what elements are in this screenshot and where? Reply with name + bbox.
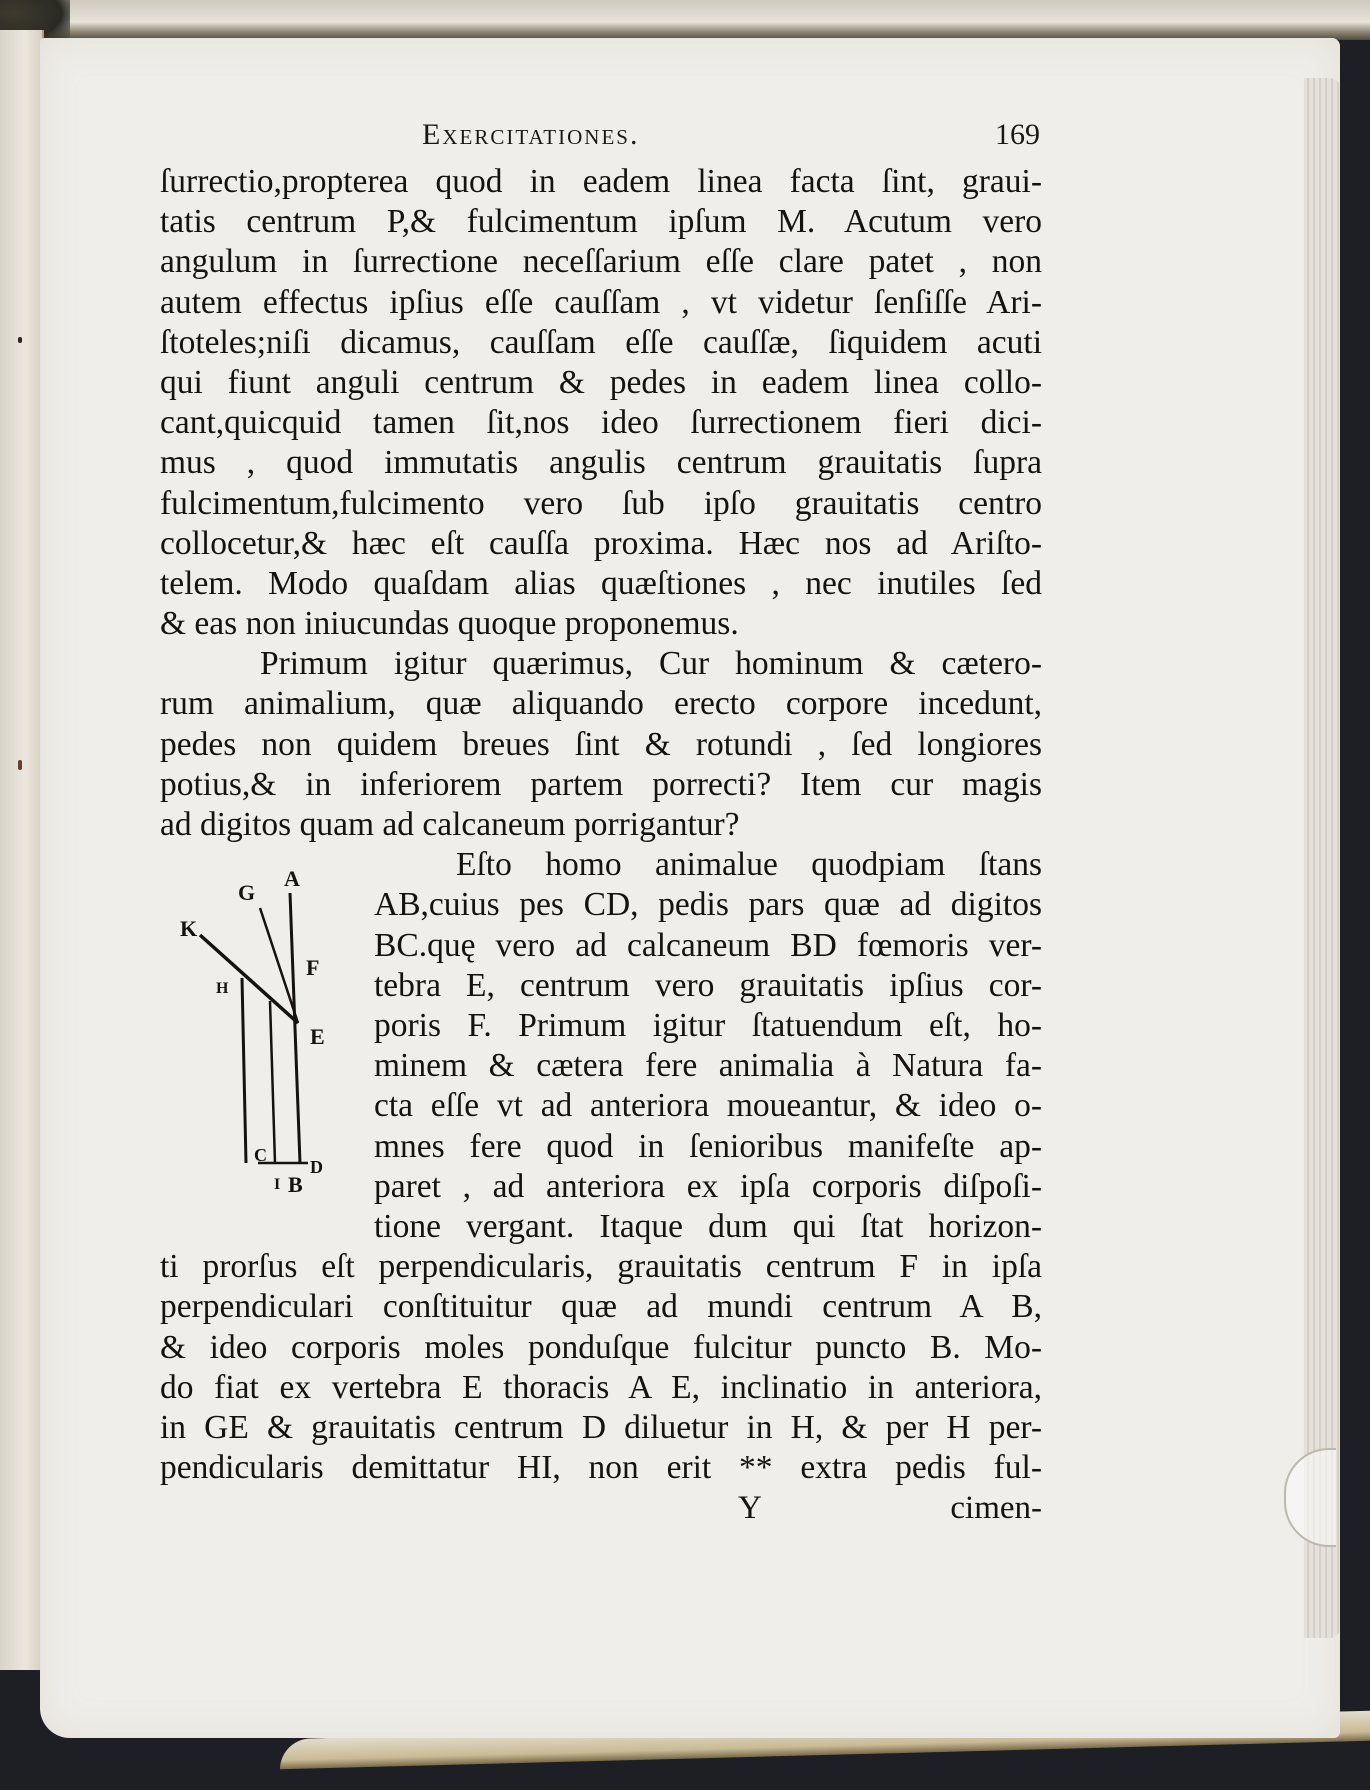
text-line: cant,quicquid tamen ſit,nos ideo ſurrect… bbox=[160, 403, 1042, 443]
label-h: H bbox=[216, 969, 228, 1009]
label-e: E bbox=[310, 1017, 325, 1057]
text-line: ſtoteles;niſi dicamus, cauſſam eſſe cauſ… bbox=[160, 323, 1042, 363]
text-line: perpendiculari conſtituitur quæ ad mundi… bbox=[160, 1287, 1042, 1327]
text-line: do fiat ex vertebra E thoracis A E, incl… bbox=[160, 1368, 1042, 1408]
label-k: K bbox=[180, 909, 197, 949]
label-g: G bbox=[238, 873, 255, 913]
margin-mark bbox=[18, 337, 22, 343]
text-line: mus , quod immutatis angulis centrum gra… bbox=[160, 443, 1042, 483]
body-text: ſurrectio,propterea quod in eadem linea … bbox=[160, 162, 1042, 1529]
text-line: fulcimentum,fulcimento vero ſub ipſo gra… bbox=[160, 484, 1042, 524]
text-line: & ideo corporis moles ponduſque fulcitur… bbox=[160, 1328, 1042, 1368]
text-line: mnes fere quod in ſenioribus manifeſte a… bbox=[374, 1127, 1042, 1167]
text-line: AB,cuius pes CD, pedis pars quæ ad digit… bbox=[374, 885, 1042, 925]
label-b: B bbox=[288, 1165, 303, 1205]
text-line: collocetur,& hæc eſt cauſſa proxima. Hæc… bbox=[160, 524, 1042, 564]
page-footer: Y cimen- bbox=[160, 1488, 1042, 1528]
text-line: poris F. Primum igitur ſtatuendum eſt, h… bbox=[374, 1006, 1042, 1046]
text-line: telem. Modo quaſdam alias quæſtiones , n… bbox=[160, 564, 1042, 604]
running-title: Exercitationes. bbox=[422, 118, 639, 152]
text-line: qui fiunt anguli centrum & pedes in eade… bbox=[160, 363, 1042, 403]
text-line: in GE & grauitatis centrum D diluetur in… bbox=[160, 1408, 1042, 1448]
figure-block: A G K F H E C D I B Eſto homo animalue q… bbox=[160, 845, 1042, 1247]
margin-stain bbox=[18, 760, 22, 770]
paragraph-start-line: Primum igitur quærimus, Cur hominum & cæ… bbox=[160, 644, 1042, 684]
text-line: ad digitos quam ad calcaneum porrigantur… bbox=[160, 805, 1042, 845]
catchword: cimen- bbox=[950, 1488, 1042, 1528]
book-binding-top bbox=[0, 0, 1370, 40]
text-line: tebra E, centrum vero grauitatis ipſius … bbox=[374, 966, 1042, 1006]
text-line: angulum in ſurrectione neceſſarium eſſe … bbox=[160, 242, 1042, 282]
fore-edge bbox=[1304, 78, 1340, 1638]
paragraph-start-line: Eſto homo animalue quodpiam ſtans bbox=[374, 845, 1042, 885]
text-line: BC.quę vero ad calcaneum BD fœmoris ver- bbox=[374, 926, 1042, 966]
label-c: C bbox=[254, 1135, 267, 1175]
running-head: Exercitationes. 169 bbox=[160, 118, 1040, 158]
text-line: autem effectus ipſius eſſe cauſſam , vt … bbox=[160, 283, 1042, 323]
text-line: potius,& in inferiorem partem porrecti? … bbox=[160, 765, 1042, 805]
text-line: tione vergant. Itaque dum qui ſtat horiz… bbox=[374, 1207, 1042, 1247]
figure-adjacent-text: Eſto homo animalue quodpiam ſtans AB,cui… bbox=[374, 845, 1042, 1247]
text-line: cta eſſe vt ad anteriora moueantur, & id… bbox=[374, 1086, 1042, 1126]
label-d: D bbox=[310, 1147, 323, 1187]
text-line: rum animalium, quæ aliquando erecto corp… bbox=[160, 684, 1042, 724]
text-line: pedes non quidem breues ſint & rotundi ,… bbox=[160, 725, 1042, 765]
text-line: minem & cætera fere animalia à Natura fa… bbox=[374, 1046, 1042, 1086]
signature-mark: Y bbox=[738, 1488, 762, 1528]
label-a: A bbox=[284, 859, 300, 899]
text-line: tatis centrum P,& fulcimentum ipſum M. A… bbox=[160, 202, 1042, 242]
text-line: ſurrectio,propterea quod in eadem linea … bbox=[160, 162, 1042, 202]
left-page-edge bbox=[0, 30, 44, 1670]
text-line: ti prorſus eſt perpendicularis, grauitat… bbox=[160, 1247, 1042, 1287]
page-number: 169 bbox=[995, 118, 1040, 152]
text-line: & eas non iniucundas quoque proponemus. bbox=[160, 604, 1042, 644]
page-tab-marker bbox=[1284, 1448, 1336, 1547]
label-i: I bbox=[274, 1165, 280, 1205]
text-line: pendicularis demittatur HI, non erit ** … bbox=[160, 1448, 1042, 1488]
label-f: F bbox=[306, 948, 319, 988]
text-line: paret , ad anteriora ex ipſa corporis di… bbox=[374, 1167, 1042, 1207]
geometric-diagram: A G K F H E C D I B bbox=[180, 863, 350, 1193]
